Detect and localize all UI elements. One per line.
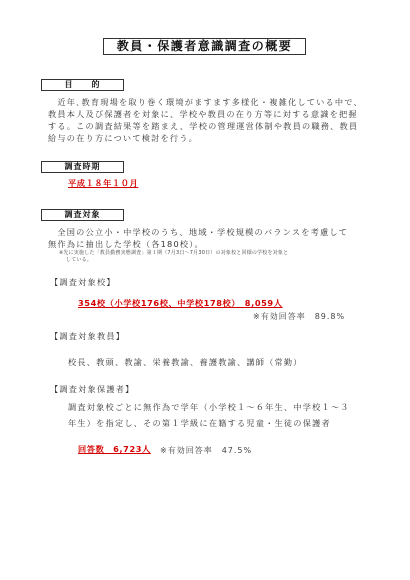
- target-line: 無作為に抽出した学校（各180校）。: [48, 238, 348, 250]
- section-heading-period: 調査時期: [41, 161, 124, 173]
- schools-value: 354校（小学校176校、中学校178校） 8,059人: [78, 298, 283, 309]
- note-line: ※先に実施した「教員勤務実態調査」第１期（7月3日～7月30日）の対象校と同様の…: [59, 250, 288, 257]
- teachers-value: 校長、教頭、教諭、栄養教諭、養護教諭、講師（常勤）: [68, 357, 303, 368]
- target-text: 全国の公立小・中学校のうち、地域・学校規模のバランスを考慮して 無作為に抽出した…: [48, 226, 348, 250]
- survey-period-value: 平成１８年１０月: [68, 178, 138, 189]
- guardians-text: 調査対象校ごとに無作為で学年（小学校１～６年生、中学校１～３ 年生）を指定し、そ…: [68, 401, 350, 429]
- guardians-responses: 回答数 6,723人: [78, 444, 151, 455]
- purpose-line: 給与の在り方について検討を行う。: [48, 132, 363, 144]
- guardians-line: 調査対象校ごとに無作為で学年（小学校１～６年生、中学校１～３: [68, 401, 350, 413]
- schools-label: 【調査対象校】: [50, 277, 116, 288]
- guardians-label: 【調査対象保護者】: [50, 384, 135, 395]
- purpose-line: 教員本人及び保護者を対象に、学校や教員の在り方等に対する意識を把握: [48, 108, 363, 120]
- teachers-label: 【調査対象教員】: [50, 331, 125, 342]
- guardians-line: 年生）を指定し、その第１学級に在籍する児童・生徒の保護者: [68, 417, 350, 429]
- purpose-line: する。この調査結果等を踏まえ、学校の管理運営体制や教員の職務、教員: [48, 120, 363, 132]
- target-note: ※先に実施した「教員勤務実態調査」第１期（7月3日～7月30日）の対象校と同様の…: [59, 250, 288, 264]
- page-title: 教員・保護者意識調査の概要: [103, 38, 306, 55]
- schools-response-rate: ※有効回答率 89.8%: [253, 311, 345, 322]
- guardians-response-rate: ※有効回答率 47.5%: [160, 445, 252, 456]
- purpose-line: 近年､教育現場を取り巻く環境がますます多様化・複雑化している中で、: [48, 96, 363, 108]
- note-line: している。: [59, 257, 288, 264]
- target-line: 全国の公立小・中学校のうち、地域・学校規模のバランスを考慮して: [48, 226, 348, 238]
- purpose-text: 近年､教育現場を取り巻く環境がますます多様化・複雑化している中で、 教員本人及び…: [48, 96, 363, 144]
- section-heading-target: 調査対象: [41, 209, 124, 221]
- section-heading-purpose: 目 的: [41, 79, 124, 91]
